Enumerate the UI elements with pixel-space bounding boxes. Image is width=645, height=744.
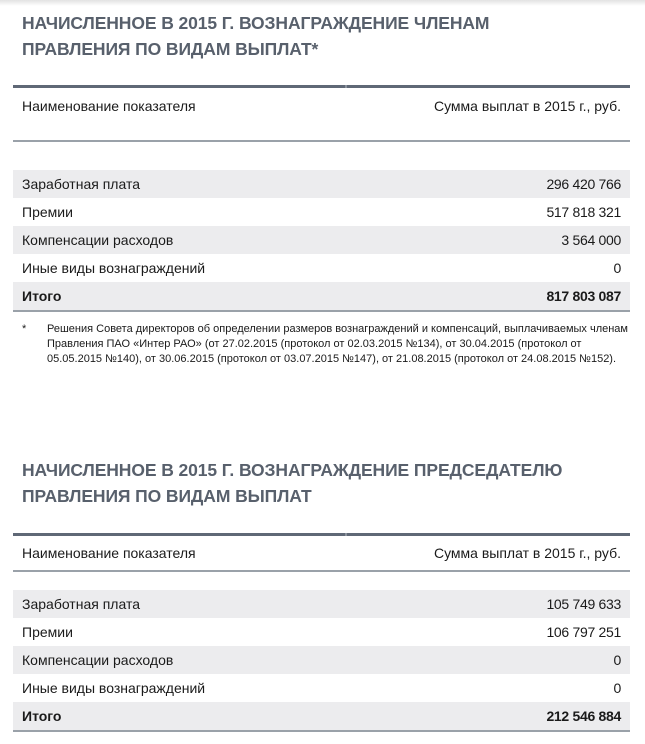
section-1-bottom-rule	[13, 310, 630, 312]
section-2-top-rule	[13, 533, 630, 536]
section-2-title-line-2: ПРАВЛЕНИЯ ПО ВИДАМ ВЫПЛАТ	[22, 483, 622, 509]
section-1-col-mark	[345, 85, 347, 88]
row-label: Заработная плата	[22, 170, 140, 198]
top-shadow	[0, 0, 645, 6]
row-label: Компенсации расходов	[22, 226, 173, 254]
row-value: 0	[614, 674, 622, 702]
table-row: Иные виды вознаграждений 0	[13, 674, 630, 702]
section-1-table: Заработная плата 296 420 766 Премии 517 …	[13, 170, 630, 310]
section-2-title: НАЧИСЛЕННОЕ В 2015 Г. ВОЗНАГРАЖДЕНИЕ ПРЕ…	[22, 457, 622, 509]
row-label: Итого	[22, 282, 61, 310]
section-2-header-row: Наименование показателя Сумма выплат в 2…	[13, 540, 630, 566]
row-value: 517 818 321	[546, 198, 621, 226]
footnote-text: Решения Совета директоров об определении…	[47, 322, 632, 367]
footnote-mark: *	[22, 322, 26, 337]
row-value: 0	[614, 254, 622, 282]
row-value: 106 797 251	[546, 618, 621, 646]
row-label: Иные виды вознаграждений	[22, 674, 205, 702]
row-label: Премии	[22, 618, 73, 646]
row-label: Заработная плата	[22, 590, 140, 618]
section-1-header-row: Наименование показателя Сумма выплат в 2…	[13, 93, 630, 119]
column-header-amount: Сумма выплат в 2015 г., руб.	[434, 93, 621, 119]
row-label: Итого	[22, 702, 61, 730]
row-value: 817 803 087	[546, 282, 621, 310]
row-label: Иные виды вознаграждений	[22, 254, 205, 282]
section-2-col-mark	[345, 533, 347, 536]
section-2-bottom-rule	[13, 730, 630, 732]
table-row: Иные виды вознаграждений 0	[13, 254, 630, 282]
table-row: Премии 517 818 321	[13, 198, 630, 226]
row-label: Премии	[22, 198, 73, 226]
section-1-title-line-1: НАЧИСЛЕННОЕ В 2015 Г. ВОЗНАГРАЖДЕНИЕ ЧЛЕ…	[22, 10, 622, 36]
section-2-table: Заработная плата 105 749 633 Премии 106 …	[13, 590, 630, 730]
column-header-indicator: Наименование показателя	[22, 93, 196, 119]
table-row: Компенсации расходов 0	[13, 646, 630, 674]
row-value: 212 546 884	[546, 702, 621, 730]
section-1-top-rule	[13, 85, 630, 88]
table-row: Заработная плата 105 749 633	[13, 590, 630, 618]
table-row-total: Итого 212 546 884	[13, 702, 630, 730]
row-value: 0	[614, 646, 622, 674]
section-1-title: НАЧИСЛЕННОЕ В 2015 Г. ВОЗНАГРАЖДЕНИЕ ЧЛЕ…	[22, 10, 622, 62]
section-1-header-rule	[13, 140, 630, 142]
column-header-indicator: Наименование показателя	[22, 540, 196, 566]
table-row-total: Итого 817 803 087	[13, 282, 630, 310]
table-row: Компенсации расходов 3 564 000	[13, 226, 630, 254]
section-2-header-rule	[13, 570, 630, 572]
row-value: 296 420 766	[546, 170, 621, 198]
row-value: 105 749 633	[546, 590, 621, 618]
table-row: Заработная плата 296 420 766	[13, 170, 630, 198]
row-value: 3 564 000	[561, 226, 621, 254]
section-1-title-line-2: ПРАВЛЕНИЯ ПО ВИДАМ ВЫПЛАТ*	[22, 36, 622, 62]
row-label: Компенсации расходов	[22, 646, 173, 674]
column-header-amount: Сумма выплат в 2015 г., руб.	[434, 540, 621, 566]
section-2-title-line-1: НАЧИСЛЕННОЕ В 2015 Г. ВОЗНАГРАЖДЕНИЕ ПРЕ…	[22, 457, 622, 483]
table-row: Премии 106 797 251	[13, 618, 630, 646]
